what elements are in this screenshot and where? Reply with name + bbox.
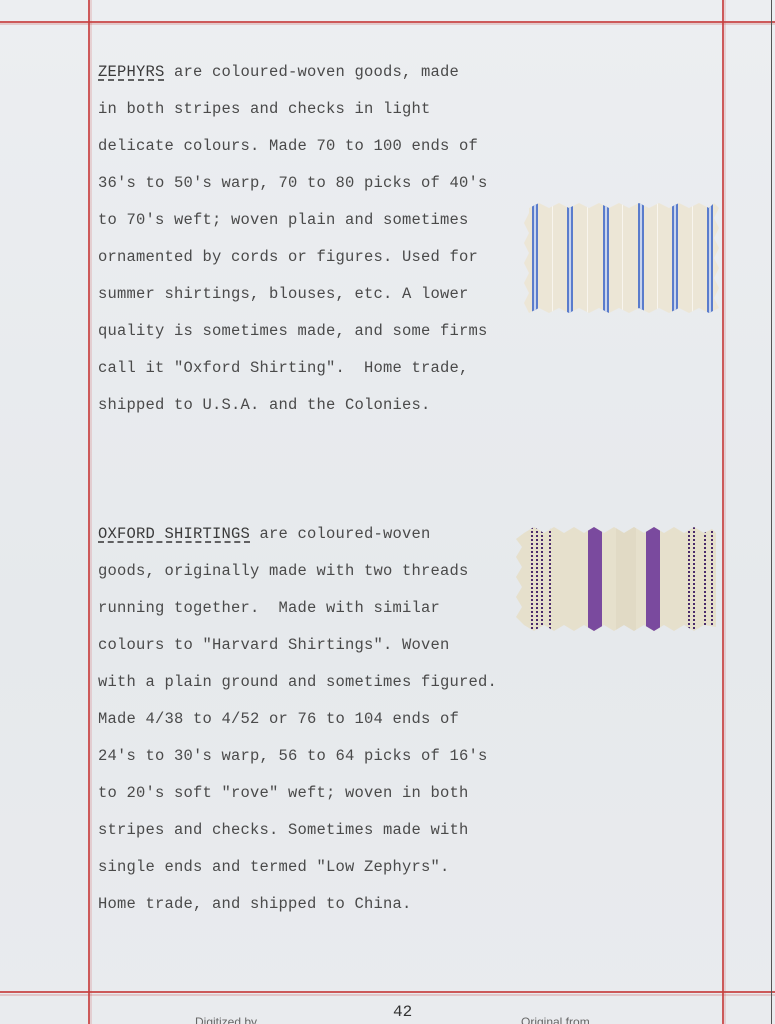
text-line: stripes and checks. Sometimes made with [98, 812, 538, 849]
text-line: running together. Made with similar [98, 590, 538, 627]
text-line: to 70's weft; woven plain and sometimes [98, 202, 538, 239]
text-line: in both stripes and checks in light [98, 91, 538, 128]
text-line: ZEPHYRS are coloured-woven goods, made [98, 54, 538, 91]
text-line: Made 4/38 to 4/52 or 76 to 104 ends of [98, 701, 538, 738]
bottom-margin-rule [0, 991, 775, 993]
text-line: shipped to U.S.A. and the Colonies. [98, 387, 538, 424]
text-line: quality is sometimes made, and some firm… [98, 313, 538, 350]
document-page: ZEPHYRS are coloured-woven goods, made i… [0, 0, 775, 1024]
top-margin-rule [0, 21, 775, 23]
left-margin-rule [88, 0, 90, 1024]
zephyr-fabric-sample [524, 203, 719, 313]
text-line: delicate colours. Made 70 to 100 ends of [98, 128, 538, 165]
text-line: 24's to 30's warp, 56 to 64 picks of 16'… [98, 738, 538, 775]
digitized-by-label: Digitized by [195, 1015, 257, 1024]
text-line: with a plain ground and sometimes figure… [98, 664, 538, 701]
text-line: to 20's soft "rove" weft; woven in both [98, 775, 538, 812]
text-line: 36's to 50's warp, 70 to 80 picks of 40'… [98, 165, 538, 202]
text-line: Home trade, and shipped to China. [98, 886, 538, 923]
text-line: call it "Oxford Shirting". Home trade, [98, 350, 538, 387]
text-line: single ends and termed "Low Zephyrs". [98, 849, 538, 886]
right-margin-rule [722, 0, 724, 1024]
original-from-label: Original from [521, 1015, 590, 1024]
text-line: colours to "Harvard Shirtings". Woven [98, 627, 538, 664]
zephyrs-heading: ZEPHYRS [98, 63, 165, 81]
oxford-shirtings-section: OXFORD SHIRTINGS are coloured-woven good… [98, 516, 538, 923]
text-line: summer shirtings, blouses, etc. A lower [98, 276, 538, 313]
oxford-shirtings-heading: OXFORD SHIRTINGS [98, 525, 250, 543]
text-line: OXFORD SHIRTINGS are coloured-woven [98, 516, 538, 553]
page-edge [771, 0, 775, 1024]
zephyrs-section: ZEPHYRS are coloured-woven goods, made i… [98, 54, 538, 424]
text-line: goods, originally made with two threads [98, 553, 538, 590]
oxford-shirting-fabric-sample [516, 527, 716, 631]
page-number: 42 [393, 1003, 412, 1021]
text-line: ornamented by cords or figures. Used for [98, 239, 538, 276]
